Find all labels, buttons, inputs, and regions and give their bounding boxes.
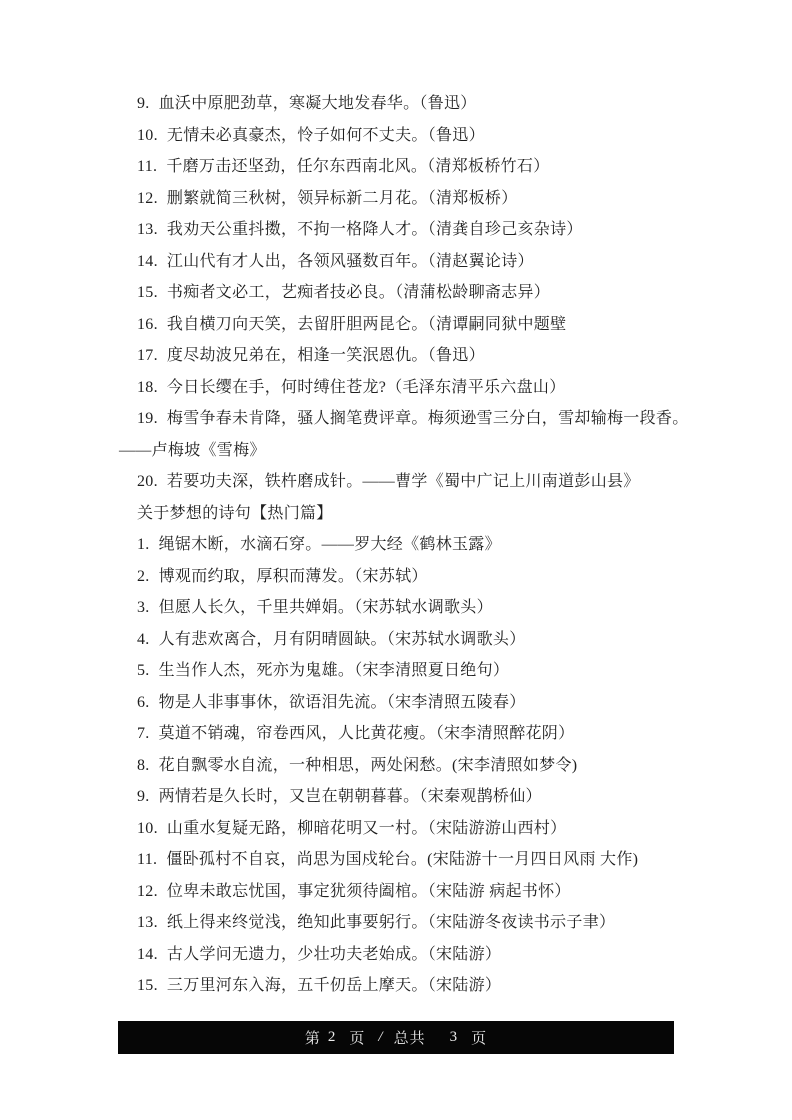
- line-text: 关于梦想的诗句【热门篇】: [137, 505, 333, 522]
- footer-current-page: 2: [328, 1029, 337, 1046]
- document-line: 7.莫道不销魂，帘卷西风，人比黄花瘦。（宋李清照醉花阴）: [119, 718, 702, 750]
- document-line: 9.血沃中原肥劲草，寒凝大地发春华。（鲁迅）: [119, 88, 702, 120]
- document-line: 11.僵卧孤村不自哀，尚思为国戍轮台。(宋陆游十一月四日风雨 大作): [119, 844, 702, 876]
- line-text: 删繁就简三秋树，领异标新二月花。（清郑板桥）: [167, 190, 518, 207]
- list-number: 3.: [137, 592, 150, 624]
- list-number: 1.: [137, 529, 150, 561]
- document-line: 10.无情未必真豪杰，怜子如何不丈夫。（鲁迅）: [119, 120, 702, 152]
- document-line: 12.位卑未敢忘忧国，事定犹须待阖棺。（宋陆游 病起书怀）: [119, 876, 702, 908]
- footer-page-prefix: 第: [305, 1027, 321, 1048]
- line-text: 今日长缨在手，何时缚住苍龙?（毛泽东清平乐六盘山）: [167, 379, 566, 396]
- list-number: 10.: [137, 120, 158, 152]
- list-number: 10.: [137, 813, 158, 845]
- list-number: 7.: [137, 718, 150, 750]
- document-line: 18.今日长缨在手，何时缚住苍龙?（毛泽东清平乐六盘山）: [119, 372, 702, 404]
- document-line: 3.但愿人长久，千里共婵娟。（宋苏轼水调歌头）: [119, 592, 702, 624]
- document-line: 2.博观而约取，厚积而薄发。（宋苏轼）: [119, 561, 702, 593]
- footer-total-label: 总共: [394, 1027, 426, 1048]
- document-line: 12.删繁就简三秋树，领异标新二月花。（清郑板桥）: [119, 183, 702, 215]
- document-page: 9.血沃中原肥劲草，寒凝大地发春华。（鲁迅）10.无情未必真豪杰，怜子如何不丈夫…: [0, 0, 792, 1120]
- line-text: 书痴者文必工，艺痴者技必良。（清蒲松龄聊斋志异）: [167, 284, 550, 301]
- list-number: 14.: [137, 939, 158, 971]
- document-line: 13.纸上得来终觉浅，绝知此事要躬行。（宋陆游冬夜读书示子聿）: [119, 907, 702, 939]
- list-number: 19.: [137, 403, 158, 435]
- line-text: 无情未必真豪杰，怜子如何不丈夫。（鲁迅）: [167, 127, 485, 144]
- line-text: 若要功夫深，铁杵磨成针。——曹学《蜀中广记上川南道彭山县》: [167, 473, 640, 490]
- line-text: 度尽劫波兄弟在，相逢一笑泯恩仇。（鲁迅）: [167, 347, 485, 364]
- line-text: 江山代有才人出，各领风骚数百年。（清赵翼论诗）: [167, 253, 534, 270]
- list-number: 6.: [137, 687, 150, 719]
- line-text: 人有悲欢离合，月有阴晴圆缺。（宋苏轼水调歌头）: [159, 631, 526, 648]
- document-line: 关于梦想的诗句【热门篇】: [119, 498, 702, 530]
- document-line: 15.书痴者文必工，艺痴者技必良。（清蒲松龄聊斋志异）: [119, 277, 702, 309]
- document-line: 16.我自横刀向天笑，去留肝胆两昆仑。（清谭嗣同狱中题壁: [119, 309, 702, 341]
- footer-total-pages: 3: [450, 1029, 459, 1046]
- list-number: 17.: [137, 340, 158, 372]
- line-text: 但愿人长久，千里共婵娟。（宋苏轼水调歌头）: [159, 599, 493, 616]
- line-text: 千磨万击还坚劲，任尔东西南北风。（清郑板桥竹石）: [166, 158, 549, 175]
- line-text: 莫道不销魂，帘卷西风，人比黄花瘦。（宋李清照醉花阴）: [159, 725, 575, 742]
- list-number: 16.: [137, 309, 158, 341]
- line-text: 我自横刀向天笑，去留肝胆两昆仑。（清谭嗣同狱中题壁: [167, 316, 567, 333]
- line-text: 血沃中原肥劲草，寒凝大地发春华。（鲁迅）: [159, 95, 477, 112]
- list-number: 4.: [137, 624, 150, 656]
- line-text: 博观而约取，厚积而薄发。（宋苏轼）: [159, 568, 428, 585]
- document-line: 5.生当作人杰，死亦为鬼雄。（宋李清照夏日绝句）: [119, 655, 702, 687]
- list-number: 15.: [137, 970, 158, 1002]
- document-line: 19.梅雪争春未肯降，骚人搁笔费评章。梅须逊雪三分白，雪却输梅一段香。: [119, 403, 702, 435]
- footer-page-suffix: 页: [349, 1027, 365, 1048]
- document-line: 17.度尽劫波兄弟在，相逢一笑泯恩仇。（鲁迅）: [119, 340, 702, 372]
- document-line: 9.两情若是久长时，又岂在朝朝暮暮。（宋秦观鹊桥仙）: [119, 781, 702, 813]
- line-text: 位卑未敢忘忧国，事定犹须待阖棺。（宋陆游 病起书怀）: [167, 883, 571, 900]
- list-number: 2.: [137, 561, 150, 593]
- document-line: ——卢梅坡《雪梅》: [119, 435, 702, 467]
- line-text: 花自飘零水自流，一种相思，两处闲愁。(宋李清照如梦令): [159, 757, 578, 774]
- document-line: 11.千磨万击还坚劲，任尔东西南北风。（清郑板桥竹石）: [119, 151, 702, 183]
- list-number: 9.: [137, 88, 150, 120]
- document-line: 20.若要功夫深，铁杵磨成针。——曹学《蜀中广记上川南道彭山县》: [119, 466, 702, 498]
- list-number: 12.: [137, 876, 158, 908]
- list-number: 11.: [137, 151, 157, 183]
- list-number: 5.: [137, 655, 150, 687]
- list-number: 20.: [137, 466, 158, 498]
- list-number: 9.: [137, 781, 150, 813]
- document-body: 9.血沃中原肥劲草，寒凝大地发春华。（鲁迅）10.无情未必真豪杰，怜子如何不丈夫…: [119, 88, 702, 1002]
- document-line: 14.古人学问无遗力，少壮功夫老始成。（宋陆游）: [119, 939, 702, 971]
- footer-separator: /: [378, 1029, 383, 1046]
- list-number: 14.: [137, 246, 158, 278]
- line-text: 纸上得来终觉浅，绝知此事要躬行。（宋陆游冬夜读书示子聿）: [167, 914, 615, 931]
- page-footer-bar: 第 2 页 / 总共 3 页: [118, 1021, 674, 1054]
- document-line: 14.江山代有才人出，各领风骚数百年。（清赵翼论诗）: [119, 246, 702, 278]
- line-text: 生当作人杰，死亦为鬼雄。（宋李清照夏日绝句）: [159, 662, 510, 679]
- line-text: 绳锯木断，水滴石穿。——罗大经《鹤林玉露》: [159, 536, 501, 553]
- footer-total-suffix: 页: [471, 1027, 487, 1048]
- list-number: 13.: [137, 214, 158, 246]
- line-text: ——卢梅坡《雪梅》: [119, 442, 266, 459]
- line-text: 僵卧孤村不自哀，尚思为国戍轮台。(宋陆游十一月四日风雨 大作): [166, 851, 638, 868]
- document-line: 1.绳锯木断，水滴石穿。——罗大经《鹤林玉露》: [119, 529, 702, 561]
- document-line: 8.花自飘零水自流，一种相思，两处闲愁。(宋李清照如梦令): [119, 750, 702, 782]
- line-text: 三万里河东入海，五千仞岳上摩天。（宋陆游）: [167, 977, 501, 994]
- document-line: 10.山重水复疑无路，柳暗花明又一村。（宋陆游游山西村）: [119, 813, 702, 845]
- list-number: 11.: [137, 844, 157, 876]
- document-line: 13.我劝天公重抖擞，不拘一格降人才。（清龚自珍己亥杂诗）: [119, 214, 702, 246]
- line-text: 我劝天公重抖擞，不拘一格降人才。（清龚自珍己亥杂诗）: [167, 221, 583, 238]
- list-number: 8.: [137, 750, 150, 782]
- list-number: 18.: [137, 372, 158, 404]
- list-number: 13.: [137, 907, 158, 939]
- document-line: 6.物是人非事事休，欲语泪先流。（宋李清照五陵春）: [119, 687, 702, 719]
- line-text: 两情若是久长时，又岂在朝朝暮暮。（宋秦观鹊桥仙）: [159, 788, 542, 805]
- list-number: 15.: [137, 277, 158, 309]
- line-text: 梅雪争春未肯降，骚人搁笔费评章。梅须逊雪三分白，雪却输梅一段香。: [167, 410, 689, 427]
- document-line: 15.三万里河东入海，五千仞岳上摩天。（宋陆游）: [119, 970, 702, 1002]
- line-text: 山重水复疑无路，柳暗花明又一村。（宋陆游游山西村）: [167, 820, 567, 837]
- line-text: 古人学问无遗力，少壮功夫老始成。（宋陆游）: [167, 946, 501, 963]
- list-number: 12.: [137, 183, 158, 215]
- document-line: 4.人有悲欢离合，月有阴晴圆缺。（宋苏轼水调歌头）: [119, 624, 702, 656]
- line-text: 物是人非事事休，欲语泪先流。（宋李清照五陵春）: [159, 694, 526, 711]
